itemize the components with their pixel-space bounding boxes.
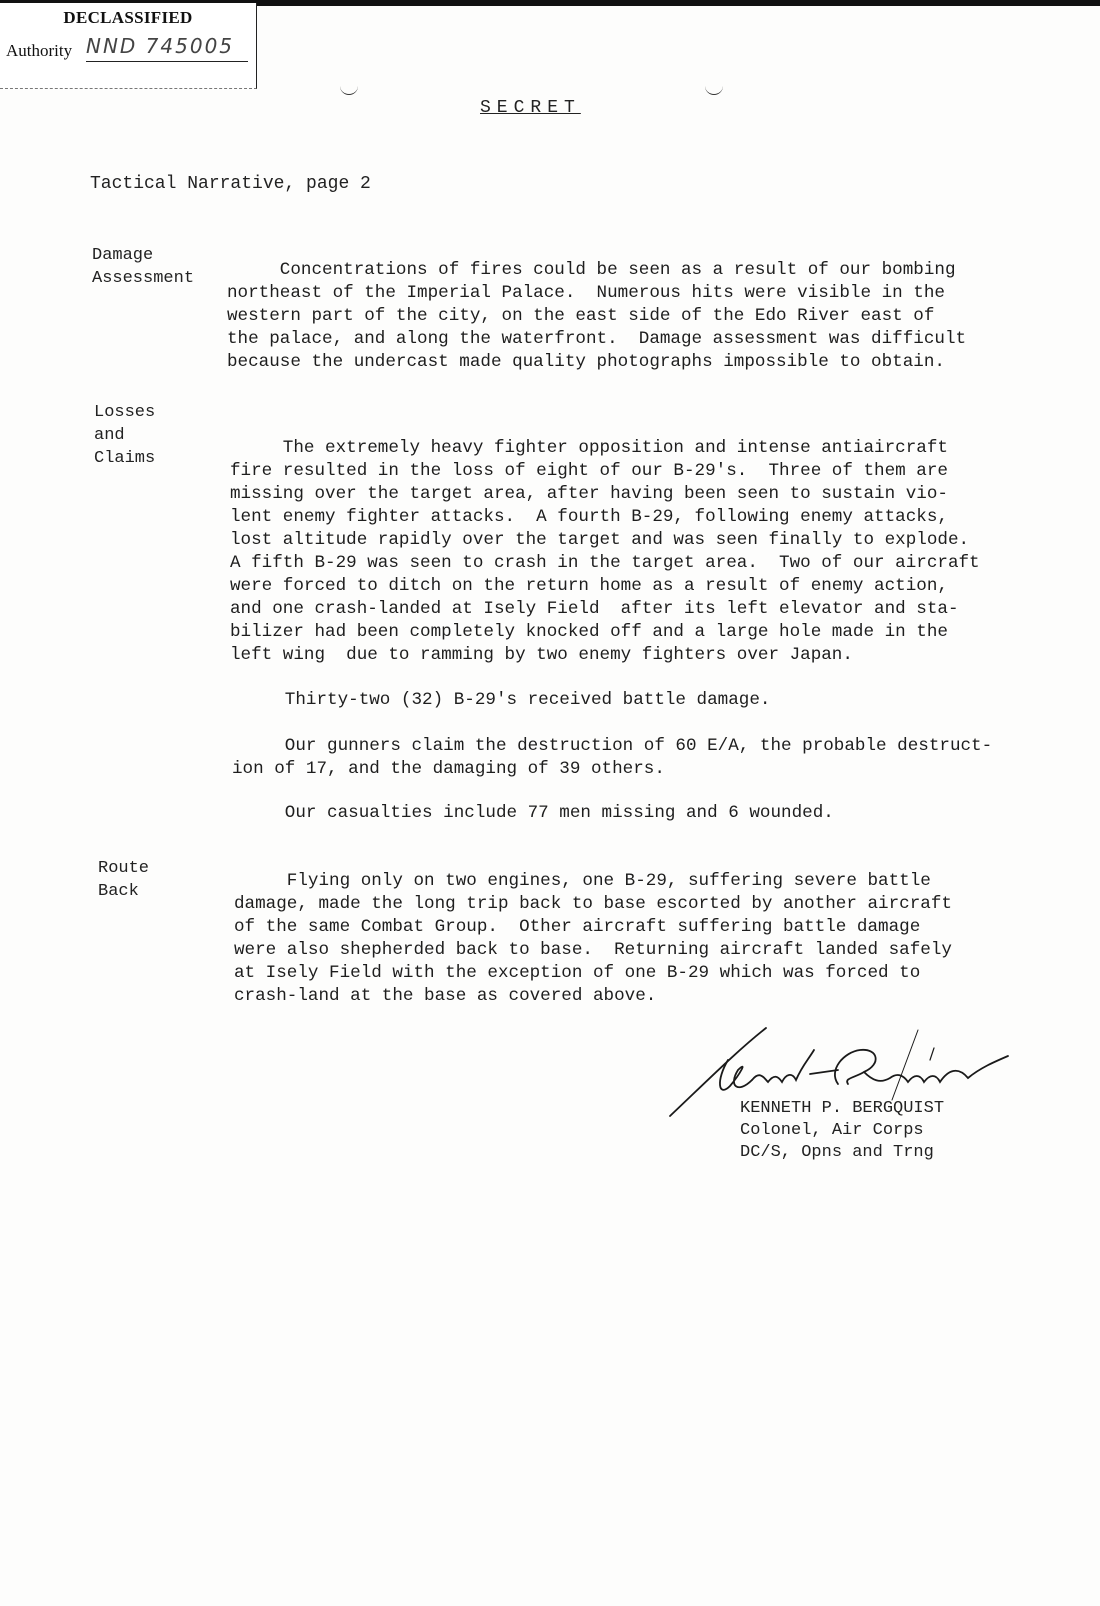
text-line: damage, made the long trip back to base …	[234, 893, 952, 916]
text-line: Thirty-two (32) B-29's received battle d…	[232, 689, 770, 712]
declassification-stamp: DECLASSIFIED Authority NND 745005	[0, 3, 257, 89]
stamp-authority-label: Authority	[6, 41, 72, 61]
signature-block: KENNETH P. BERGQUIST Colonel, Air Corps …	[740, 1098, 944, 1164]
text-line: A fifth B-29 was seen to crash in the ta…	[230, 552, 980, 575]
signer-rank: Colonel, Air Corps	[740, 1120, 944, 1142]
text-line: Our gunners claim the destruction of 60 …	[232, 735, 992, 758]
text-line: lent enemy fighter attacks. A fourth B-2…	[230, 506, 980, 529]
section-label-route-back: Route Back	[98, 857, 149, 903]
text-line: the palace, and along the waterfront. Da…	[227, 328, 966, 351]
paragraph-route-back: Flying only on two engines, one B-29, su…	[234, 870, 952, 1008]
text-line: lost altitude rapidly over the target an…	[230, 529, 980, 552]
scan-edge	[255, 0, 1100, 6]
text-line: fire resulted in the loss of eight of ou…	[230, 460, 980, 483]
text-line: northeast of the Imperial Palace. Numero…	[227, 282, 966, 305]
signer-name: KENNETH P. BERGQUIST	[740, 1098, 944, 1120]
text-line: left wing due to ramming by two enemy fi…	[230, 644, 980, 667]
signer-position: DC/S, Opns and Trng	[740, 1142, 944, 1164]
paragraph-casualties: Our casualties include 77 men missing an…	[232, 802, 834, 825]
text-line: and one crash-landed at Isely Field afte…	[230, 598, 980, 621]
text-line: Our casualties include 77 men missing an…	[232, 802, 834, 825]
punch-mark	[705, 84, 723, 95]
text-line: bilizer had been completely knocked off …	[230, 621, 980, 644]
document-page: DECLASSIFIED Authority NND 745005 SECRET…	[0, 0, 1100, 1606]
text-line: The extremely heavy fighter opposition a…	[230, 437, 980, 460]
text-line: ion of 17, and the damaging of 39 others…	[232, 758, 992, 781]
text-line: of the same Combat Group. Other aircraft…	[234, 916, 952, 939]
stamp-title: DECLASSIFIED	[0, 8, 256, 28]
text-line: at Isely Field with the exception of one…	[234, 962, 952, 985]
stamp-authority-value: NND 745005	[86, 31, 248, 62]
text-line: crash-land at the base as covered above.	[234, 985, 952, 1008]
punch-mark	[340, 84, 358, 95]
text-line: western part of the city, on the east si…	[227, 305, 966, 328]
text-line: because the undercast made quality photo…	[227, 351, 966, 374]
text-line: were forced to ditch on the return home …	[230, 575, 980, 598]
section-label-damage-assessment: Damage Assessment	[92, 244, 194, 290]
classification-marking: SECRET	[480, 98, 581, 118]
paragraph-battle-damage: Thirty-two (32) B-29's received battle d…	[232, 689, 770, 712]
paragraph-losses: The extremely heavy fighter opposition a…	[230, 437, 980, 667]
text-line: were also shepherded back to base. Retur…	[234, 939, 952, 962]
text-line: Concentrations of fires could be seen as…	[227, 259, 966, 282]
text-line: Flying only on two engines, one B-29, su…	[234, 870, 952, 893]
page-heading: Tactical Narrative, page 2	[90, 174, 371, 194]
paragraph-damage-assessment: Concentrations of fires could be seen as…	[227, 259, 966, 374]
section-label-losses-and-claims: Losses and Claims	[94, 401, 155, 470]
text-line: missing over the target area, after havi…	[230, 483, 980, 506]
paragraph-claims: Our gunners claim the destruction of 60 …	[232, 735, 992, 781]
